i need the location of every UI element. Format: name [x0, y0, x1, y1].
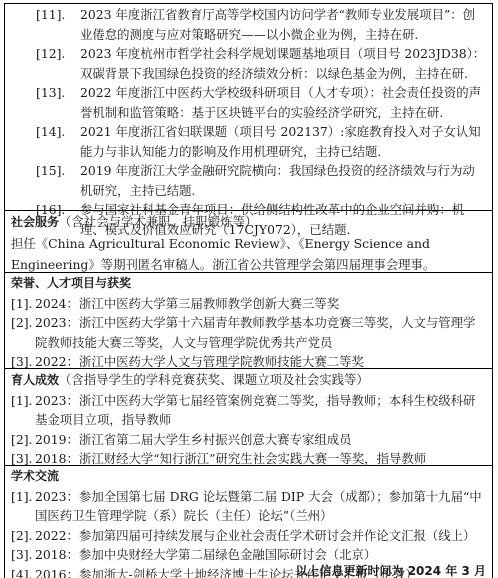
exchange-item: [1].2023：参加全国第七届 DRG 论坛暨第二届 DIP 大会（成都）；参…	[11, 487, 486, 526]
honors-heading: 荣誉、人才项目与获奖	[11, 274, 486, 294]
project-item: [15].2019 年度浙江大学金融研究院横向：我国绿色投资的经济绩效与行为动机…	[11, 161, 486, 200]
education-heading: 育人成效（含指导学生的学科竞赛获奖、课题立项及社会实践等）	[11, 370, 486, 391]
update-notice: 以上信息更新时间为 2024 年 3 月	[296, 562, 486, 578]
education-section: 育人成效（含指导学生的学科竞赛获奖、课题立项及社会实践等） [1].2023：浙…	[5, 369, 492, 466]
project-item: [13].2022 年度浙江中医药大学校级科研项目（人才专项）：社会责任投资的声…	[11, 83, 486, 122]
projects-section: [11].2023 年度浙江省教育厅高等学校国内访问学者“教师专业发展项目”：创…	[5, 4, 492, 211]
honor-item: [2].2023：浙江中医药大学第十六届青年教师教学基本功竞赛三等奖，人文与管理…	[11, 313, 486, 352]
honor-item: [3].2022：浙江中医药大学人文与管理学院教师技能大赛二等奖	[11, 352, 486, 372]
honor-item: [1].2024：浙江中医药大学第三届教师教学创新大赛三等奖	[11, 294, 486, 314]
project-item: [14].2021 年度浙江省妇联课题（项目号 202137）:家庭教育投入对子…	[11, 122, 486, 161]
exchange-item: [2].2022：参加第四届可持续发展与企业社会责任学术研讨会并作论文汇报（线上…	[11, 526, 486, 546]
cv-table: [11].2023 年度浙江省教育厅高等学校国内访问学者“教师专业发展项目”：创…	[4, 3, 493, 578]
education-item: [2].2019：浙江省第二届大学生乡村振兴创意大赛专家组成员	[11, 430, 486, 450]
education-item: [1].2023：浙江中医药大学第七届经管案例竞赛二等奖，指导教师；本科生校级科…	[11, 391, 486, 430]
project-item: [12].2023 年度杭州市哲学社会科学规划课题基地项目（项目号 2023JD…	[11, 44, 486, 83]
honors-section: 荣誉、人才项目与获奖 [1].2024：浙江中医药大学第三届教师教学创新大赛三等…	[5, 273, 492, 369]
education-item: [3].2018：浙江财经大学“知行浙江”研究生社会实践大赛一等奖，指导教师	[11, 449, 486, 469]
project-item: [11].2023 年度浙江省教育厅高等学校国内访问学者“教师专业发展项目”：创…	[11, 5, 486, 44]
exchange-heading: 学术交流	[11, 467, 486, 487]
social-service-body: 担任《China Agricultural Economic Review》、《…	[11, 233, 486, 275]
